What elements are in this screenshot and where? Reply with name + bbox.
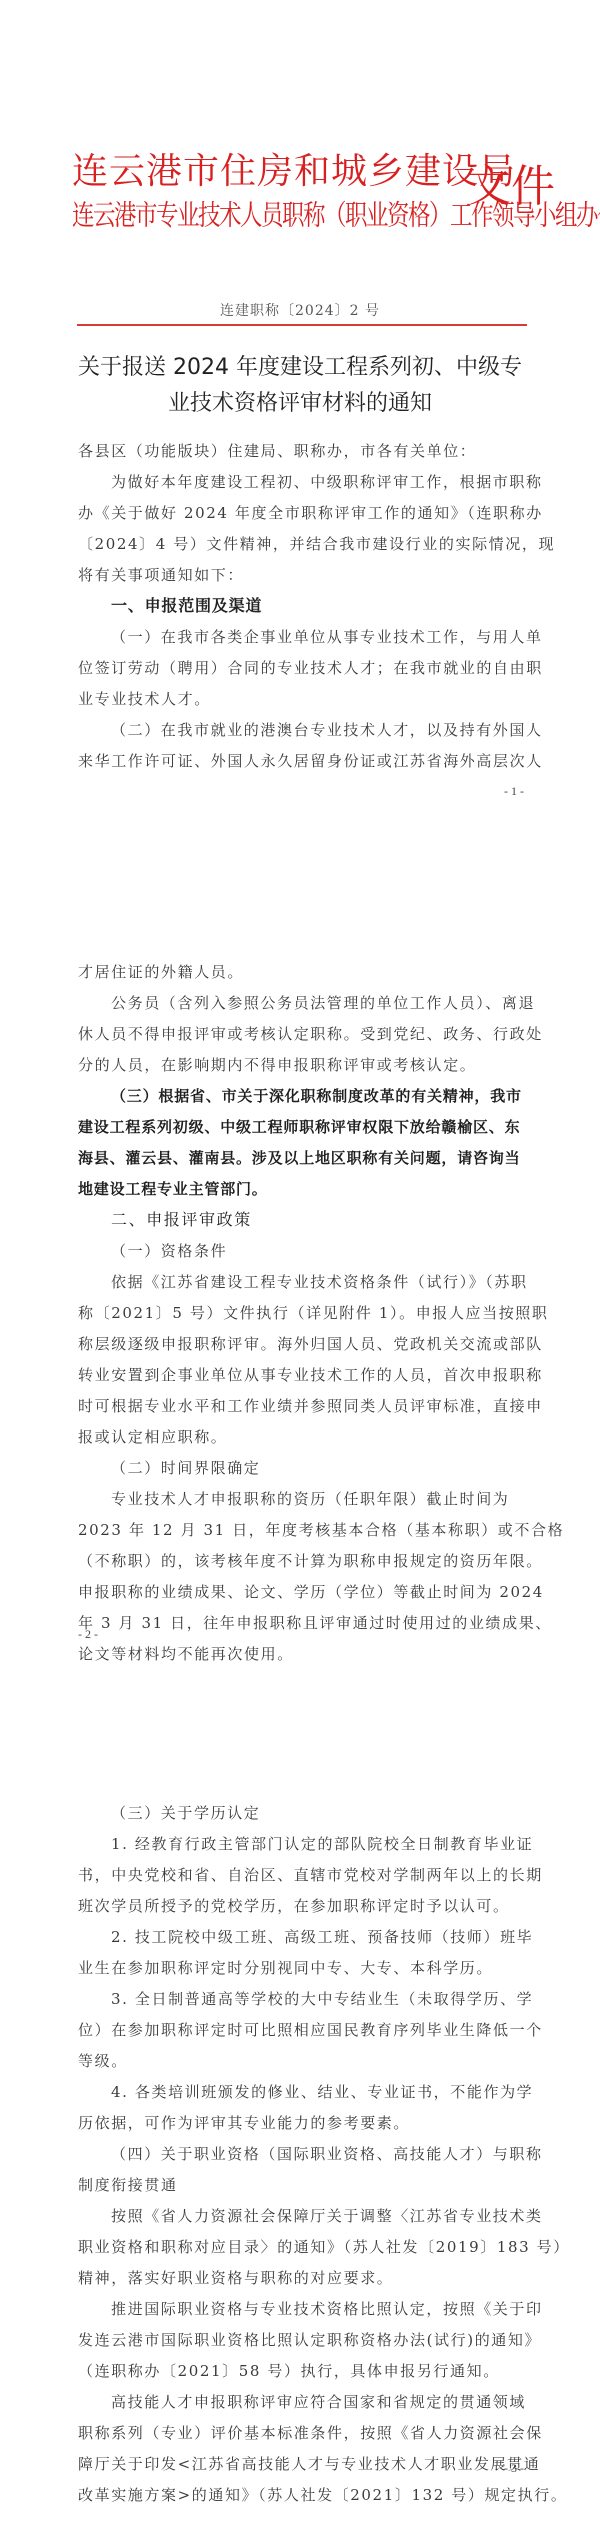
subsection-heading: 制度衔接贯通 bbox=[78, 2175, 528, 2195]
paragraph-line: 专业技术人才申报职称的资历（任职年限）截止时间为 bbox=[111, 1489, 528, 1509]
paragraph-line: 高技能人才申报职称评审应符合国家和省规定的贯通领域 bbox=[111, 2392, 528, 2412]
paragraph-line: 称〔2021〕5 号）文件执行（详见附件 1）。申报人应当按照职 bbox=[78, 1303, 528, 1323]
paragraph-line: 来华工作许可证、外国人永久居留身份证或江苏省海外高层次人 bbox=[78, 751, 528, 771]
document-number: 连建职称〔2024〕2 号 bbox=[0, 300, 600, 320]
paragraph-line: 改革实施方案>的通知》（苏人社发〔2021〕132 号）规定执行。 bbox=[78, 2485, 528, 2505]
salutation: 各县区（功能版块）住建局、职称办，市各有关单位： bbox=[78, 441, 528, 461]
page-number: - 2 - bbox=[78, 1627, 98, 1642]
paragraph-line: 报或认定相应职称。 bbox=[78, 1427, 528, 1447]
section-heading-1: 一、申报范围及渠道 bbox=[111, 596, 528, 616]
issuing-authority-main: 连云港市住房和城乡建设局 bbox=[72, 143, 516, 194]
page-number: - 3 - bbox=[504, 2461, 524, 2476]
subsection-heading: （四）关于职业资格（国际职业资格、高技能人才）与职称 bbox=[111, 2144, 528, 2164]
document-type-label: 文件 bbox=[467, 150, 555, 214]
paragraph-line: 职称系列（专业）评价基本标准条件，按照《省人力资源社会保 bbox=[78, 2423, 528, 2443]
paragraph-line: （不称职）的，该考核年度不计算为职称申报规定的资历年限。 bbox=[78, 1551, 528, 1571]
paragraph-line: 业生在参加职称评定时分别视同中专、大专、本科学历。 bbox=[78, 1958, 528, 1978]
paragraph-line: 转业安置到企事业单位从事专业技术工作的人员，首次申报职称 bbox=[78, 1365, 528, 1385]
paragraph-line: 时可根据专业水平和工作业绩并参照同类人员评审标准，直接申 bbox=[78, 1396, 528, 1416]
paragraph-line: 推进国际职业资格与专业技术资格比照认定，按照《关于印 bbox=[111, 2299, 528, 2319]
paragraph-line: 业专业技术人才。 bbox=[78, 689, 528, 709]
paragraph-line: 班次学员所授予的党校学历，在参加职称评定时予以认可。 bbox=[78, 1896, 528, 1916]
paragraph-line: 称层级逐级申报职称评审。海外归国人员、党政机关交流或部队 bbox=[78, 1334, 528, 1354]
paragraph-line: （一）在我市各类企事业单位从事专业技术工作，与用人单 bbox=[111, 627, 528, 647]
paragraph-line: 申报职称的业绩成果、论文、学历（学位）等截止时间为 2024 bbox=[78, 1582, 528, 1602]
paragraph-line-bold: （三）根据省、市关于深化职称制度改革的有关精神，我市 bbox=[111, 1086, 528, 1106]
paragraph-line: 位签订劳动（聘用）合同的专业技术人才；在我市就业的自由职 bbox=[78, 658, 528, 678]
paragraph-line: 2023 年 12 月 31 日，年度考核基本合格（基本称职）或不合格 bbox=[78, 1520, 528, 1540]
paragraph-line: 精神，落实好职业资格与职称的对应要求。 bbox=[78, 2268, 528, 2288]
paragraph-line: 论文等材料均不能再次使用。 bbox=[78, 1644, 528, 1664]
document-page-3: （三）关于学历认定 1. 经教育行政主管部门认定的部队院校全日制教育毕业证 书，… bbox=[0, 1780, 600, 2546]
paragraph-line: 位）在参加职称评定时可比照相应国民教育序列毕业生降低一个 bbox=[78, 2020, 528, 2040]
paragraph-line: 才居住证的外籍人员。 bbox=[78, 962, 528, 982]
paragraph-line: 1. 经教育行政主管部门认定的部队院校全日制教育毕业证 bbox=[111, 1834, 528, 1854]
paragraph-line: 发连云港市国际职业资格比照认定职称资格办法(试行)的通知》 bbox=[78, 2330, 528, 2350]
paragraph-line: 历依据，可作为评审其专业能力的参考要素。 bbox=[78, 2113, 528, 2133]
paragraph-line: （二）在我市就业的港澳台专业技术人才，以及持有外国人 bbox=[111, 720, 528, 740]
paragraph-line: 办《关于做好 2024 年度全市职称评审工作的通知》（连职称办 bbox=[78, 503, 528, 523]
paragraph-line: 分的人员，在影响期内不得申报职称评审或考核认定。 bbox=[78, 1055, 528, 1075]
paragraph-line: 年 3 月 31 日，往年申报职称且评审通过时使用过的业绩成果、 bbox=[78, 1613, 528, 1633]
page-number: - 1 - bbox=[504, 784, 524, 799]
document-page-1: 连云港市住房和城乡建设局 连云港市专业技术人员职称（职业资格）工作领导小组办公室… bbox=[0, 0, 600, 810]
paragraph-line: 〔2024〕4 号）文件精神，并结合我市建设行业的实际情况，现 bbox=[78, 534, 528, 554]
paragraph-line: 公务员（含列入参照公务员法管理的单位工作人员）、离退 bbox=[111, 993, 528, 1013]
red-divider-line bbox=[77, 324, 527, 326]
paragraph-line-bold: 海县、灌云县、灌南县。涉及以上地区职称有关问题，请咨询当 bbox=[78, 1148, 528, 1168]
paragraph-line: 职业资格和职称对应目录〉的通知》（苏人社发〔2019〕183 号） bbox=[78, 2237, 528, 2257]
paragraph-line: 书，中央党校和省、自治区、直辖市党校对学制两年以上的长期 bbox=[78, 1865, 528, 1885]
paragraph-line: 休人员不得申报评审或考核认定职称。受到党纪、政务、行政处 bbox=[78, 1024, 528, 1044]
subsection-heading: （二）时间界限确定 bbox=[111, 1458, 528, 1478]
paragraph-line: 按照《省人力资源社会保障厅关于调整〈江苏省专业技术类 bbox=[111, 2206, 528, 2226]
paragraph-line: （连职称办〔2021〕58 号）执行，具体申报另行通知。 bbox=[78, 2361, 528, 2381]
paragraph-line: 为做好本年度建设工程初、中级职称评审工作，根据市职称 bbox=[111, 472, 528, 492]
document-page-2: 才居住证的外籍人员。 公务员（含列入参照公务员法管理的单位工作人员）、离退 休人… bbox=[0, 810, 600, 1670]
subsection-heading: （一）资格条件 bbox=[111, 1241, 528, 1261]
section-heading-2: 二、申报评审政策 bbox=[111, 1210, 528, 1230]
paragraph-line-bold: 建设工程系列初级、中级工程师职称评审权限下放给赣榆区、东 bbox=[78, 1117, 528, 1137]
paragraph-line: 将有关事项通知如下： bbox=[78, 565, 528, 585]
title-line-1: 关于报送 2024 年度建设工程系列初、中级专 bbox=[70, 350, 530, 386]
paragraph-line: 3. 全日制普通高等学校的大中专结业生（未取得学历、学 bbox=[111, 1989, 528, 2009]
document-title: 关于报送 2024 年度建设工程系列初、中级专 业技术资格评审材料的通知 bbox=[70, 350, 530, 422]
paragraph-line: 障厅关于印发<江苏省高技能人才与专业技术人才职业发展贯通 bbox=[78, 2454, 528, 2474]
paragraph-line: 4. 各类培训班颁发的修业、结业、专业证书，不能作为学 bbox=[111, 2082, 528, 2102]
paragraph-line: 等级。 bbox=[78, 2051, 528, 2071]
paragraph-line: 依据《江苏省建设工程专业技术资格条件（试行）》（苏职 bbox=[111, 1272, 528, 1292]
paragraph-line: 2. 技工院校中级工班、高级工班、预备技师（技师）班毕 bbox=[111, 1927, 528, 1947]
title-line-2: 业技术资格评审材料的通知 bbox=[70, 386, 530, 422]
subsection-heading: （三）关于学历认定 bbox=[111, 1803, 528, 1823]
paragraph-line-bold: 地建设工程专业主管部门。 bbox=[78, 1179, 528, 1199]
